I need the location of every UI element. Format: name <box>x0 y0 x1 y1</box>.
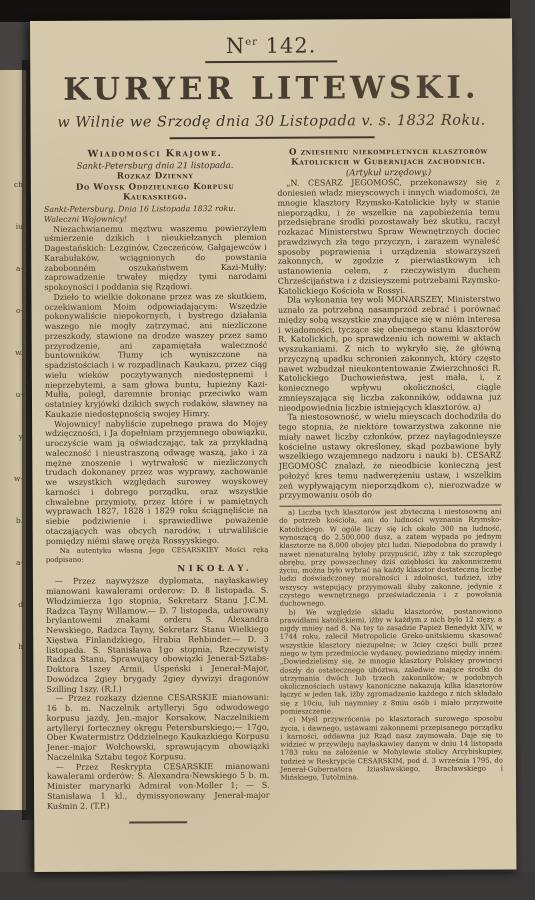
article-paragraph: „N. CESARZ JEGOMOŚĆ, przekonawszy się z … <box>277 178 500 296</box>
dateline-rule <box>169 136 374 139</box>
appointments-paragraph: — Przez Reskrypta CESARSKIE mianowani ka… <box>47 761 270 811</box>
appointments-paragraph: — Przez rozkazy dzienne CESARSKIE mianow… <box>47 693 270 762</box>
tsar-signature: NIKOŁAY. <box>46 564 269 576</box>
signature-intro: Na autentyku własną Jego CESARSKIEY Mośc… <box>46 546 269 564</box>
footnote-b: b) We względzie składu klasztorów, posta… <box>280 607 503 716</box>
article-columns: Wiadomości Krajowe. Sankt-Petersburg dni… <box>31 146 517 824</box>
article-heading: O zniesieniu niekompletnych klasztorów K… <box>277 147 500 169</box>
newspaper-title: KURYER LITEWSKI. <box>30 69 512 108</box>
masthead-dateline: w Wilnie we Srzodę dnia 30 Listopada v. … <box>30 112 512 131</box>
article-paragraph: Ta niestosowność, w wielu mieyscach doch… <box>279 412 502 501</box>
article-paragraph: Dla wykonania tey woli MONARSZEY, Minist… <box>278 295 501 413</box>
appointments-paragraph: — Przez naywyższe dyplomata, nayłaskawie… <box>46 576 269 694</box>
section-dateline: Sankt-Petersburg dnia 21 listopada. <box>44 160 267 172</box>
issue-label: N <box>226 34 246 58</box>
issue-superscript: er <box>245 37 258 48</box>
issue-number: Ner 142. <box>30 32 512 59</box>
footnote-divider <box>279 505 502 507</box>
order-paragraph: Dzieło to wielkie dokonane przez was ze … <box>44 292 267 420</box>
footnote-a: a) Liczba tych klasztorów jest zbyteczną… <box>279 508 502 609</box>
order-dateline: Sankt-Petersburg. Dnia 16 Listopada 1832… <box>44 203 267 214</box>
issue-rule <box>205 60 337 63</box>
section-heading: Wiadomości Krajowe. <box>44 148 267 161</box>
left-column: Wiadomości Krajowe. Sankt-Petersburg dni… <box>44 148 270 824</box>
footnote-c: c) Myśl przywrócenia po klasztorach suro… <box>280 715 503 782</box>
order-addressee: Do Woysk Oddzielnego Korpusu Kaukaskiego… <box>44 181 267 203</box>
order-paragraph: Wojownicy! nabyliście zupełnego prawa do… <box>45 418 268 546</box>
newspaper-page: Ner 142. KURYER LITEWSKI. w Wilnie we Sr… <box>30 18 516 872</box>
photo-background-bottom <box>0 872 535 900</box>
issue-value: 142. <box>266 34 317 58</box>
section-end-rule <box>129 821 187 823</box>
order-paragraph: Niezachwianemu męztwu waszemu powierzyłe… <box>44 223 267 292</box>
masthead: Ner 142. KURYER LITEWSKI. w Wilnie we Sr… <box>30 18 513 140</box>
right-column: O zniesieniu niekompletnych klasztorów K… <box>277 147 503 823</box>
